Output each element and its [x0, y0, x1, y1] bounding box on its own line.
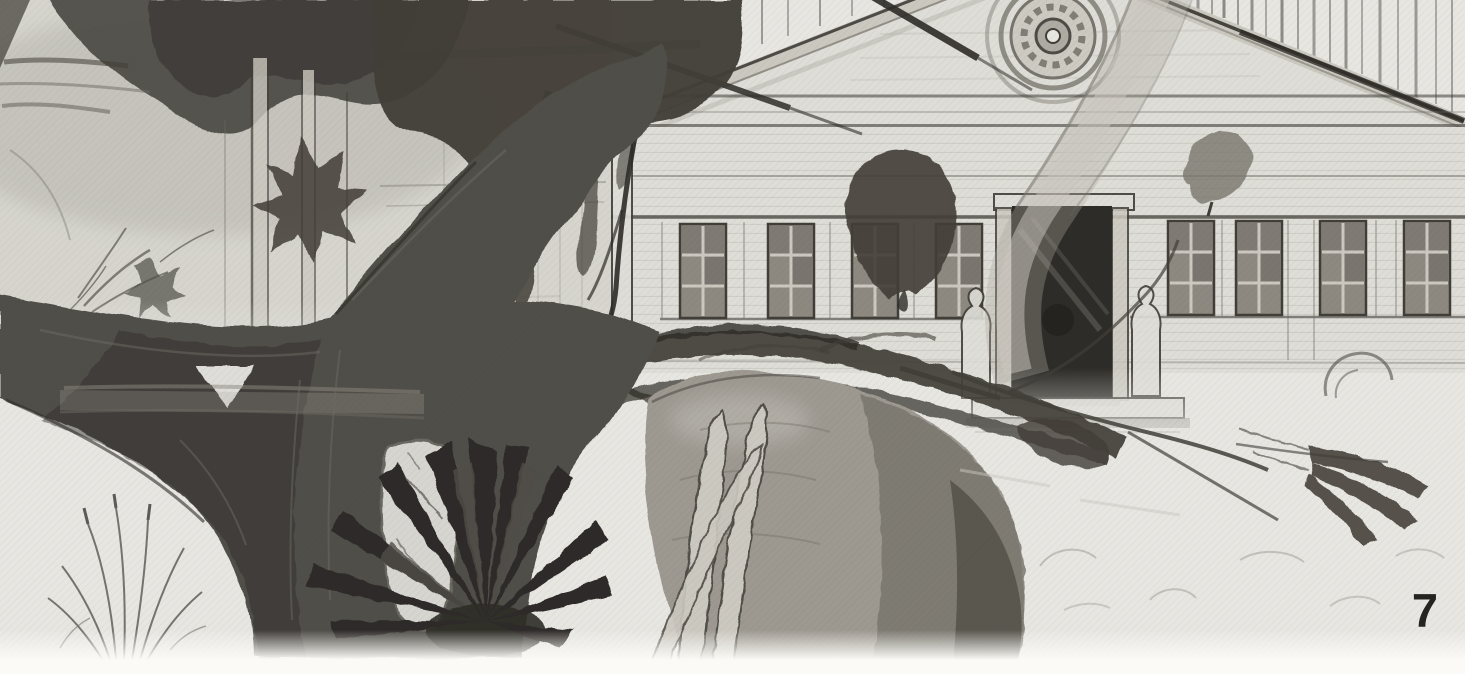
page-number: 7 — [1412, 587, 1439, 634]
book-page: 7 — [0, 0, 1465, 674]
scan-grain — [0, 0, 1465, 674]
illustration-house-scene — [0, 0, 1465, 674]
bottom-margin-fade — [0, 630, 1465, 674]
